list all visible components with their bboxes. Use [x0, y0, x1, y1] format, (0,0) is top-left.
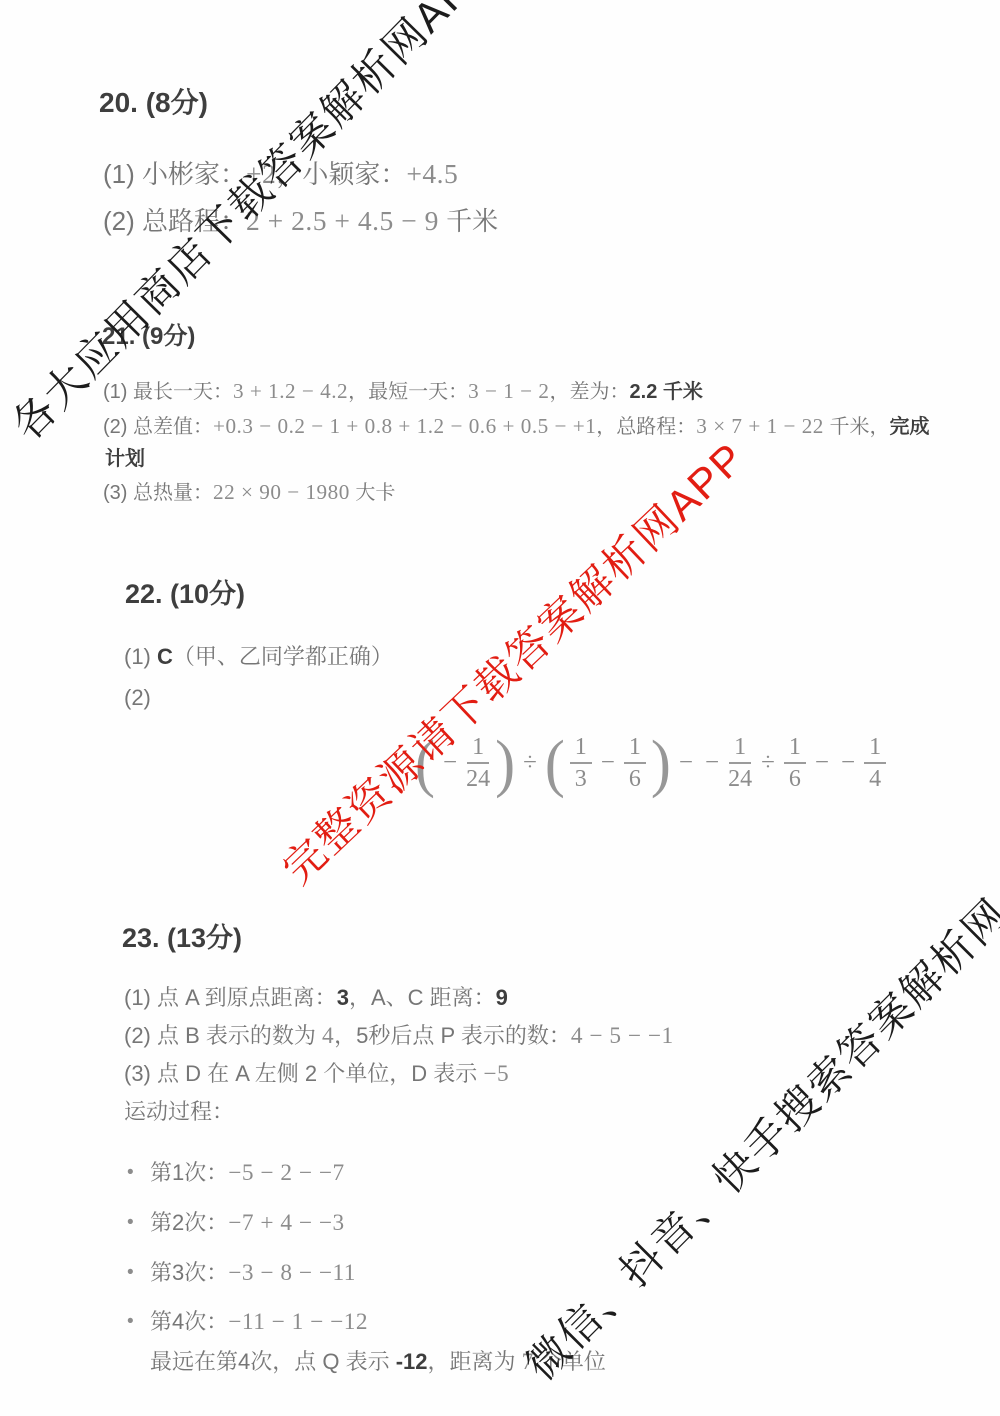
q22-answer-2-label: (2)	[124, 684, 151, 712]
text-segment: 4 − 5 − −1	[571, 1023, 674, 1049]
operator: −	[841, 749, 855, 777]
fraction-denominator: 6	[629, 764, 641, 793]
text-segment: (2) 总差值：	[103, 416, 213, 438]
fraction-denominator: 4	[869, 764, 881, 793]
text-segment: ，小颖家：	[276, 159, 406, 189]
text-segment: ，总路程：	[596, 416, 696, 438]
parenthesis: (	[415, 731, 435, 796]
q21-answer-2-continued: 计划	[105, 447, 145, 472]
bullet-icon: •	[127, 1211, 150, 1235]
text-segment: 3 − 1 − 2	[468, 379, 549, 403]
fraction: 13	[570, 733, 592, 794]
question-23-heading: 23. (13分)	[122, 922, 242, 954]
text-segment: 2.2 千米	[630, 381, 703, 403]
fraction: 16	[784, 733, 806, 794]
fraction: 16	[624, 733, 646, 794]
text-segment: (1) 最长一天：	[103, 381, 233, 403]
operator: −	[705, 749, 719, 777]
bullet-icon: •	[127, 1310, 150, 1334]
fraction-denominator: 24	[728, 764, 752, 793]
fraction-numerator: 1	[467, 733, 489, 764]
text-segment: −3 − 8 − −11	[228, 1260, 356, 1286]
text-segment: 7	[522, 1349, 534, 1375]
fraction-denominator: 6	[789, 764, 801, 793]
text-segment: −11 − 1 − −12	[228, 1309, 368, 1335]
text-segment: 第4次：	[150, 1309, 228, 1334]
text-segment: -12	[396, 1349, 428, 1374]
text-segment: (1) 小彬家：	[103, 159, 246, 189]
q20-answer-1: (1) 小彬家：+2，小颖家：+4.5	[103, 157, 458, 191]
text-segment: 3	[337, 985, 349, 1010]
q21-answer-3: (3) 总热量：22 × 90 − 1980 大卡	[103, 479, 395, 506]
fraction: 124	[466, 733, 490, 794]
operator: −	[443, 749, 457, 777]
text-segment: ，距离为	[427, 1349, 521, 1374]
text-segment: 2 + 2.5 + 4.5 − 9	[246, 205, 439, 236]
text-segment: 千米，	[824, 416, 890, 438]
q20-answer-2: (2) 总路程：2 + 2.5 + 4.5 − 9 千米	[103, 204, 498, 238]
q23-move-step-3-text: 第3次：−3 − 8 − −11	[150, 1260, 356, 1285]
q21-answer-1: (1) 最长一天：3 + 1.2 − 4.2，最短一天：3 − 1 − 2，差为…	[103, 378, 703, 405]
q23-answer-1: (1) 点 A 到原点距离：3，A、C 距离：9	[124, 984, 508, 1012]
text-segment: （甲、乙同学都正确）	[173, 644, 393, 669]
text-segment: (3) 总热量：	[103, 482, 213, 504]
text-segment: (2)	[124, 685, 151, 710]
parenthesis: (	[545, 731, 565, 796]
text-segment: 最远在第4次，点 Q 表示	[150, 1349, 396, 1374]
question-20-heading: 20. (8分)	[99, 86, 208, 120]
text-segment: 千米	[439, 206, 498, 236]
text-segment: (2) 总路程：	[103, 206, 246, 236]
fraction-numerator: 1	[784, 733, 806, 764]
text-segment: −5 − 2 − −7	[228, 1160, 344, 1186]
q23-move-step-4: •第4次：−11 − 1 − −12	[127, 1308, 368, 1337]
watermark-social-diagonal: 微信、抖音、快手搜索答案解析网	[519, 891, 1000, 1387]
q23-move-step-2: •第2次：−7 + 4 − −3	[127, 1209, 345, 1238]
q23-conclusion: 最远在第4次，点 Q 表示 -12，距离为 7 个单位	[150, 1348, 606, 1377]
operator: ÷	[523, 749, 537, 777]
fraction-denominator: 24	[466, 764, 490, 793]
parenthesis: )	[495, 731, 515, 796]
text-segment: 计划	[105, 448, 145, 470]
text-segment: ，差为：	[550, 381, 630, 403]
question-22-heading: 22. (10分)	[125, 578, 245, 610]
text-segment: ，A、C 距离：	[349, 985, 496, 1010]
fraction-denominator: 3	[575, 764, 587, 793]
operator: −	[601, 749, 615, 777]
operator: −	[815, 749, 829, 777]
text-segment: +4.5	[406, 158, 458, 189]
q23-move-step-1: •第1次：−5 − 2 − −7	[127, 1159, 345, 1188]
fraction-numerator: 1	[864, 733, 886, 764]
text-segment: 3 × 7 + 1 − 22	[696, 414, 824, 438]
q23-answer-3: (3) 点 D 在 A 左侧 2 个单位，D 表示 −5	[124, 1060, 509, 1089]
fraction-numerator: 1	[729, 733, 751, 764]
q23-move-step-1-text: 第1次：−5 − 2 − −7	[150, 1160, 345, 1185]
text-segment: 9	[496, 985, 508, 1010]
text-segment: ，最短一天：	[348, 381, 468, 403]
q23-move-step-4-text: 第4次：−11 − 1 − −12	[150, 1309, 368, 1334]
text-segment: (1) 点 A 到原点距离：	[124, 985, 337, 1010]
q22-fraction-expression: (−124)÷(13−16)−−124÷16−−14	[413, 733, 889, 794]
text-segment: 3 + 1.2 − 4.2	[233, 379, 348, 403]
text-segment: 第2次：	[150, 1210, 228, 1235]
fraction-numerator: 1	[570, 733, 592, 764]
bullet-icon: •	[127, 1161, 150, 1185]
text-segment: 个单位	[534, 1349, 606, 1374]
parenthesis: )	[651, 731, 671, 796]
q23-process-label: 运动过程：	[124, 1098, 234, 1126]
fraction: 14	[864, 733, 886, 794]
fraction: 124	[728, 733, 752, 794]
text-segment: C	[157, 644, 173, 669]
q21-answer-2: (2) 总差值：+0.3 − 0.2 − 1 + 0.8 + 1.2 − 0.6…	[103, 413, 929, 440]
text-segment: (1)	[124, 644, 157, 669]
text-segment: 运动过程：	[124, 1099, 234, 1124]
text-segment: 第1次：	[150, 1160, 228, 1185]
text-segment: −5	[483, 1061, 509, 1087]
text-segment: 完成	[889, 416, 929, 438]
text-segment: ，5秒后点 P 表示的数：	[334, 1023, 571, 1048]
text-segment: −7 + 4 − −3	[228, 1210, 344, 1236]
q22-answer-1: (1) C（甲、乙同学都正确）	[124, 643, 393, 671]
text-segment: 大卡	[350, 482, 396, 504]
operator: ÷	[761, 749, 775, 777]
text-segment: (2) 点 B 表示的数为	[124, 1023, 322, 1048]
text-segment: 22 × 90 − 1980	[213, 480, 350, 504]
text-segment: +2	[246, 158, 276, 189]
text-segment: 4	[322, 1023, 334, 1049]
operator: −	[679, 749, 693, 777]
question-21-heading: 21. (9分)	[102, 323, 195, 352]
fraction-numerator: 1	[624, 733, 646, 764]
text-segment: 第3次：	[150, 1260, 228, 1285]
q23-move-step-3: •第3次：−3 − 8 − −11	[127, 1259, 356, 1288]
q23-answer-2: (2) 点 B 表示的数为 4，5秒后点 P 表示的数：4 − 5 − −1	[124, 1022, 674, 1051]
bullet-icon: •	[127, 1261, 150, 1285]
q23-move-step-2-text: 第2次：−7 + 4 − −3	[150, 1210, 345, 1235]
text-segment: (3) 点 D 在 A 左侧 2 个单位，D 表示	[124, 1061, 483, 1086]
text-segment: +0.3 − 0.2 − 1 + 0.8 + 1.2 − 0.6 + 0.5 −…	[213, 414, 596, 438]
answer-sheet-page: 20. (8分) (1) 小彬家：+2，小颖家：+4.5 (2) 总路程：2 +…	[0, 0, 1000, 1416]
